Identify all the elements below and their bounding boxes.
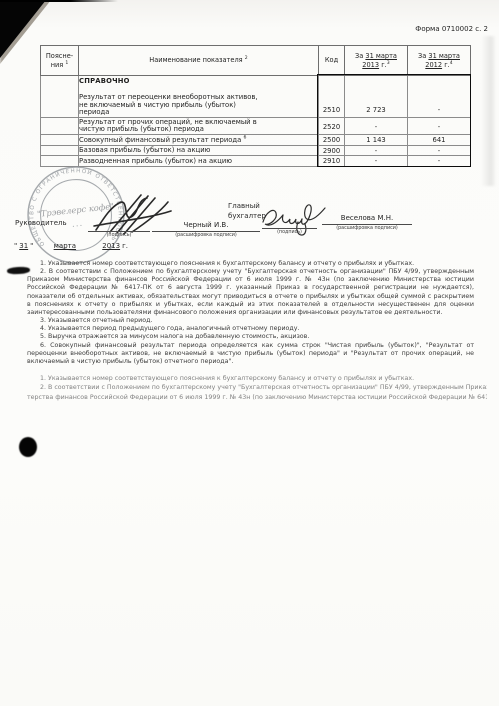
row-value-2013: 2 723	[345, 76, 408, 118]
row-value-2012: 641	[408, 135, 471, 146]
date-year-suffix: г.	[122, 242, 128, 250]
row-value-2013: -	[345, 156, 408, 167]
accountant-name-line	[322, 224, 412, 225]
row-name-cell: Базовая прибыль (убыток) на акцию	[79, 146, 319, 156]
footnote-ref: 1	[65, 60, 68, 65]
row-name-line: не включаемый в чистую прибыль (убыток)	[79, 102, 318, 110]
row-code-cell: 2510	[319, 76, 345, 118]
ghost-footnote: 1. Указывается номер соответствующего по…	[27, 374, 487, 383]
director-name-line	[152, 231, 260, 232]
row-name-line: периода	[79, 109, 318, 117]
scan-edge-streak	[481, 36, 495, 186]
name-caption: (расшифровка подписи)	[322, 226, 412, 231]
scan-top-edge	[0, 0, 118, 2]
stamp-dots: • • •	[72, 223, 82, 229]
accountant-signature	[258, 200, 330, 242]
header-2012-line2: 2012 г.4	[408, 61, 470, 70]
header-2012-line1: За 31 марта	[408, 52, 470, 61]
header-explanations-text: ния	[51, 61, 64, 69]
table-header-row: Поясне- ния 1 Наименование показателя 2 …	[41, 46, 471, 76]
footnote: 2. В соответствии с Положением по бухгал…	[27, 268, 474, 317]
header-code: Код	[319, 46, 345, 76]
header-period-2013: За 31 марта 2013 г.3	[345, 46, 408, 76]
footnote-ref: 2	[245, 56, 248, 61]
ghost-footnote: 2. В соответствии с Положением по бухгал…	[27, 383, 487, 392]
footnote-ref: 6	[243, 136, 246, 141]
header-explanations-line1: Поясне-	[41, 52, 78, 61]
director-label: Руководитель	[15, 219, 67, 227]
header-2013-year: 2013	[362, 61, 379, 69]
date-month: марта	[54, 242, 76, 250]
scanned-report-page: Форма 0710002 с. 2 Поясне- ния 1 Наимено…	[0, 0, 499, 706]
row-code-cell: 2500	[319, 135, 345, 146]
hole-punch-mark	[19, 437, 37, 457]
date-year: 2013	[102, 242, 120, 250]
explanation-cell	[41, 146, 79, 156]
date-quote-open: "	[14, 242, 17, 250]
row-name-line: Совокупный финансовый результат периода …	[79, 137, 318, 145]
director-name: Черный И.В.	[152, 221, 260, 229]
footnote-ref: 4	[450, 60, 453, 65]
row-name-text: Совокупный финансовый результат периода	[79, 136, 241, 144]
explanation-cell	[41, 118, 79, 135]
row-code-cell: 2520	[319, 118, 345, 135]
row-code-cell: 2910	[319, 156, 345, 167]
footnotes-block: 1. Указывается номер соответствующего по…	[27, 260, 474, 366]
row-name-line: чистую прибыль (убыток) периода	[79, 126, 318, 134]
header-indicator-name: Наименование показателя 2	[79, 46, 319, 76]
header-2013-line2: 2013 г.3	[345, 61, 407, 70]
row-value-2013: -	[345, 146, 408, 156]
header-period-2012: За 31 марта 2012 г.4	[408, 46, 471, 76]
header-2012-za: За	[418, 52, 426, 60]
date-quote-close: "	[30, 242, 33, 250]
pnl-reference-table: Поясне- ния 1 Наименование показателя 2 …	[40, 45, 471, 167]
footnotes-ghost-block: 1. Указывается номер соответствующего по…	[27, 374, 487, 402]
footnote: 6. Совокупный финансовый результат перио…	[27, 342, 474, 366]
row-value-2012: -	[408, 146, 471, 156]
table-row: Базовая прибыль (убыток) на акцию 2900 -…	[41, 146, 471, 156]
header-2013-date: 31 марта	[365, 52, 397, 60]
row-name-cell: Совокупный финансовый результат периода …	[79, 135, 319, 146]
explanation-cell	[41, 76, 79, 118]
header-2012-year: 2012	[425, 61, 442, 69]
ghost-footnote: терства финансов Российской Федерации от…	[27, 393, 487, 402]
row-value-2013: 1 143	[345, 135, 408, 146]
accountant-signature-line	[262, 228, 317, 229]
table-row: Результат от прочих операций, не включае…	[41, 118, 471, 135]
director-signature-line	[88, 231, 150, 232]
footnote: 1. Указывается номер соответствующего по…	[27, 260, 474, 268]
footnote-ref: 3	[387, 60, 390, 65]
row-value-2012: -	[408, 76, 471, 118]
header-2013-line1: За 31 марта	[345, 52, 407, 61]
table-row: СПРАВОЧНО Результат от переоценки внеобо…	[41, 76, 471, 118]
accountant-name: Веселова М.Н.	[322, 214, 412, 222]
table-row: Совокупный финансовый результат периода …	[41, 135, 471, 146]
accountant-label-line1: Главный	[228, 202, 260, 210]
row-name-cell: СПРАВОЧНО Результат от переоценки внеобо…	[79, 76, 319, 118]
signing-date: "31" марта 2013г.	[14, 242, 130, 250]
header-2012-date: 31 марта	[428, 52, 460, 60]
row-value-2013: -	[345, 118, 408, 135]
signature-caption: (подпись)	[262, 230, 317, 235]
header-explanations: Поясне- ния 1	[41, 46, 79, 76]
row-code-cell: 2900	[319, 146, 345, 156]
row-name-cell: Результат от прочих операций, не включае…	[79, 118, 319, 135]
header-indicator-text: Наименование показателя	[149, 56, 242, 64]
header-2013-za: За	[355, 52, 363, 60]
row-value-2012: -	[408, 118, 471, 135]
row-name-line: Базовая прибыль (убыток) на акцию	[79, 147, 318, 155]
name-caption: (расшифровка подписи)	[152, 233, 260, 238]
signature-caption: (подпись)	[88, 233, 150, 238]
row-value-2012: -	[408, 156, 471, 167]
form-number-label: Форма 0710002 с. 2	[415, 25, 488, 33]
section-label: СПРАВОЧНО	[79, 78, 318, 86]
explanation-cell	[41, 135, 79, 146]
header-explanations-line2: ния 1	[41, 61, 78, 70]
footnote: 5. Выручка отражается за минусом налога …	[27, 333, 474, 341]
date-day: 31	[19, 242, 28, 250]
